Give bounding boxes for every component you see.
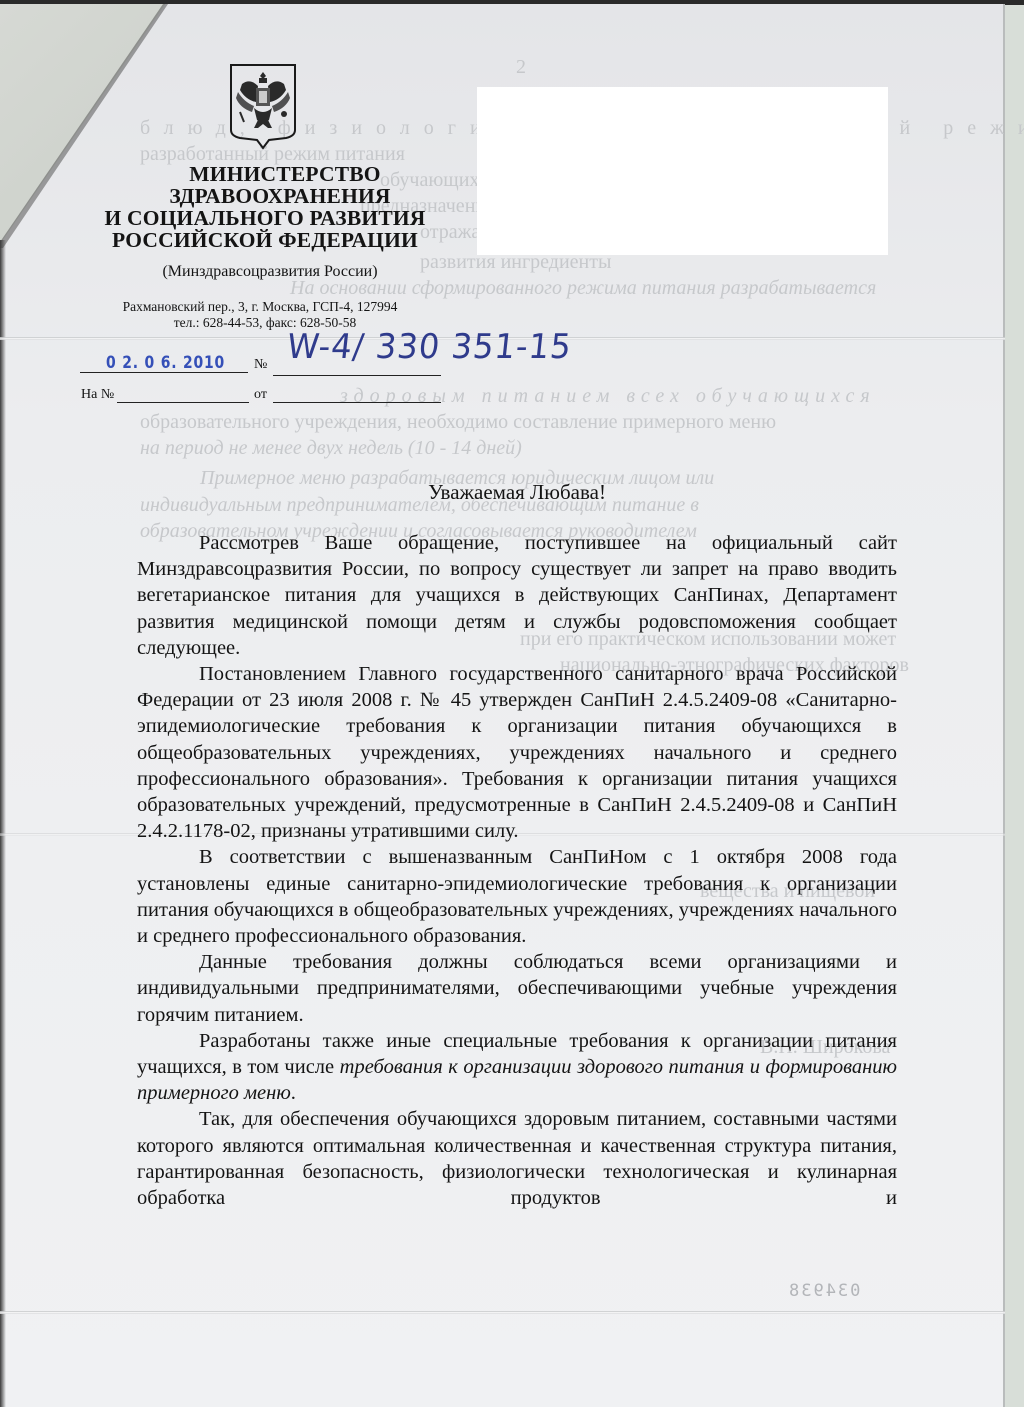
salutation: Уважаемая Любава! (137, 480, 897, 505)
paragraph: Постановлением Главного государственного… (137, 661, 897, 844)
handwritten-reg-number: W-4/ 330 351-15 (285, 327, 574, 367)
bleed-line: здоровым питанием всех обучающихся (340, 385, 876, 408)
number-label: № (254, 357, 267, 373)
bleed-line: образовательного учреждения, необходимо … (140, 411, 776, 434)
from-label: от (254, 387, 267, 403)
date-stamp: 0 2. 0 6. 2010 (106, 353, 225, 373)
bleed-page-number: 2 (516, 56, 526, 79)
paragraph: Так, для обеспечения обучающихся здоровы… (137, 1106, 897, 1211)
page-left-shadow (0, 240, 6, 1407)
reply-to-label: На № (81, 387, 114, 403)
paragraph: В соответствии с вышеназванным СанПиНом … (137, 844, 897, 949)
ministry-line: РОССИЙСКОЙ ФЕДЕРАЦИИ (80, 229, 450, 251)
ministry-short-name: (Минздравсоцразвития России) (130, 263, 410, 281)
russian-coat-of-arms-icon (228, 62, 298, 150)
redacted-addressee-block (477, 87, 888, 255)
ministry-line: ЗДРАВООХРАНЕНИЯ (80, 185, 450, 207)
paragraph: Данные требования должны соблюдаться все… (137, 949, 897, 1028)
ministry-line: МИНИСТЕРСТВО (80, 163, 450, 185)
page-edge (1003, 4, 1005, 1407)
mirrored-stamp-number: 034938 (787, 1281, 860, 1301)
ministry-line: И СОЦИАЛЬНОГО РАЗВИТИЯ (80, 207, 450, 229)
paragraph-text: . (291, 1082, 296, 1104)
paragraph: Разработаны также иные специальные требо… (137, 1028, 897, 1107)
from-underline (273, 402, 441, 403)
address-line: Рахмановский пер., 3, г. Москва, ГСП-4, … (90, 299, 430, 315)
bleed-line: на период не менее двух недель (10 - 14 … (140, 437, 522, 460)
ministry-name: МИНИСТЕРСТВО ЗДРАВООХРАНЕНИЯ И СОЦИАЛЬНО… (80, 163, 450, 251)
number-underline (273, 375, 441, 376)
paragraph: Рассмотрев Ваше обращение, поступившее н… (137, 530, 897, 661)
letter-body: Рассмотрев Ваше обращение, поступившее н… (137, 530, 897, 1211)
reply-to-underline (117, 402, 249, 403)
fold-line (0, 1311, 1005, 1314)
